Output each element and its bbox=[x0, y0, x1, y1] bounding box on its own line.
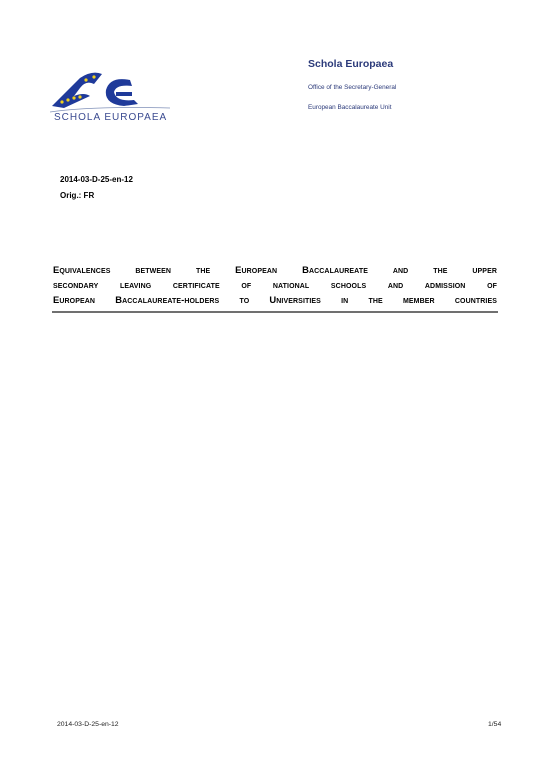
title-line: Equivalences between the European Baccal… bbox=[53, 262, 497, 277]
org-name: Schola Europaea bbox=[308, 58, 396, 70]
document-reference: 2014-03-D-25-en-12 Orig.: FR bbox=[60, 175, 133, 207]
organization-block: Schola Europaea Office of the Secretary-… bbox=[308, 58, 396, 124]
document-id: 2014-03-D-25-en-12 bbox=[60, 175, 133, 184]
logo-icon: SCHOLA EUROPAEA bbox=[50, 66, 200, 122]
original-language: Orig.: FR bbox=[60, 191, 133, 200]
schola-europaea-logo: SCHOLA EUROPAEA bbox=[50, 66, 200, 122]
title-line: European Baccalaureate-holders to Univer… bbox=[53, 292, 497, 307]
title-line: secondary leaving certificate of nationa… bbox=[53, 277, 497, 292]
svg-text:SCHOLA EUROPAEA: SCHOLA EUROPAEA bbox=[54, 112, 167, 122]
document-title: Equivalences between the European Baccal… bbox=[53, 262, 497, 307]
title-underline bbox=[52, 311, 498, 313]
footer-document-id: 2014-03-D-25-en-12 bbox=[57, 721, 119, 728]
footer-page-number: 1/54 bbox=[488, 721, 501, 728]
office-name: Office of the Secretary-General bbox=[308, 84, 396, 91]
unit-name: European Baccalaureate Unit bbox=[308, 104, 396, 111]
